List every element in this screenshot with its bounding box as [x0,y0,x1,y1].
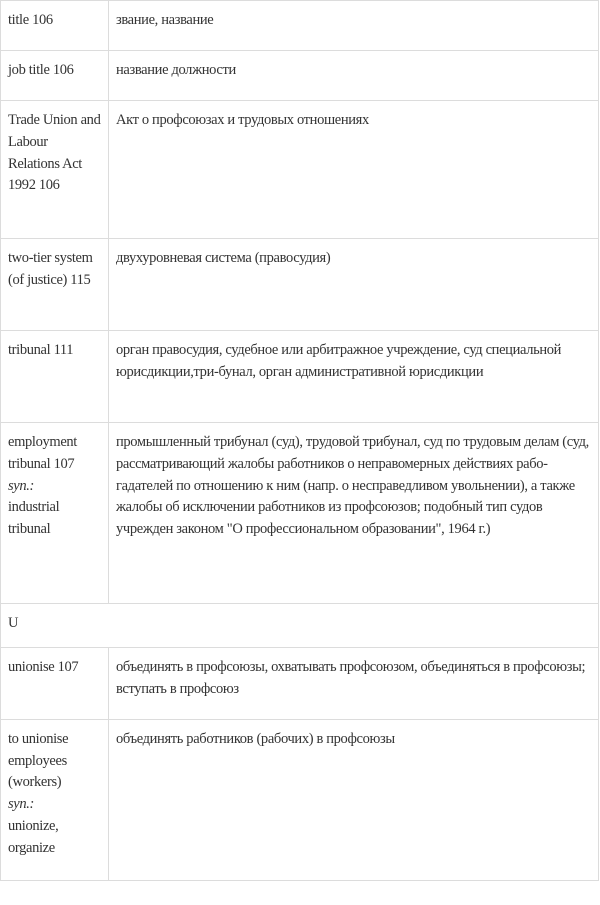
definition-cell: двухуровневая система (правосудия) [109,239,599,331]
term-text: to unionise employees (workers) [8,731,68,791]
term-cell: title 106 [1,1,109,51]
section-letter: U [1,604,599,648]
table-row: unionise 107 объединять в профсоюзы, охв… [1,647,599,719]
definition-cell: орган правосудия, судебное или арбитражн… [109,331,599,423]
definition-cell: промышленный трибунал (суд), трудовой тр… [109,423,599,604]
definition-cell: объединять в профсоюзы, охватывать профс… [109,647,599,719]
term-cell: to unionise employees (workers) syn.: un… [1,719,109,880]
table-row: two-tier system (of justice) 115 двухуро… [1,239,599,331]
synonym-label: syn.: [8,796,34,812]
definition-cell: Акт о профсоюзах и трудовых отношениях [109,101,599,239]
term-cell: unionise 107 [1,647,109,719]
definition-cell: объединять работников (рабочих) в профсо… [109,719,599,880]
definition-cell: звание, название [109,1,599,51]
term-cell: Trade Union and Labour Relations Act 199… [1,101,109,239]
term-text: employment tribunal 107 [8,434,77,472]
table-row: title 106 звание, название [1,1,599,51]
glossary-table: title 106 звание, название job title 106… [0,0,599,881]
term-cell: job title 106 [1,51,109,101]
table-row: employment tribunal 107 syn.: industrial… [1,423,599,604]
table-row: to unionise employees (workers) syn.: un… [1,719,599,880]
term-cell: two-tier system (of justice) 115 [1,239,109,331]
synonym-label: syn.: [8,478,34,494]
term-cell: tribunal 111 [1,331,109,423]
definition-cell: название должности [109,51,599,101]
synonym-text: industrial tribunal [8,499,59,537]
table-row: tribunal 111 орган правосудия, судебное … [1,331,599,423]
synonym-text: unionize, organize [8,818,58,856]
section-letter-row: U [1,604,599,648]
term-cell: employment tribunal 107 syn.: industrial… [1,423,109,604]
table-row: Trade Union and Labour Relations Act 199… [1,101,599,239]
table-row: job title 106 название должности [1,51,599,101]
